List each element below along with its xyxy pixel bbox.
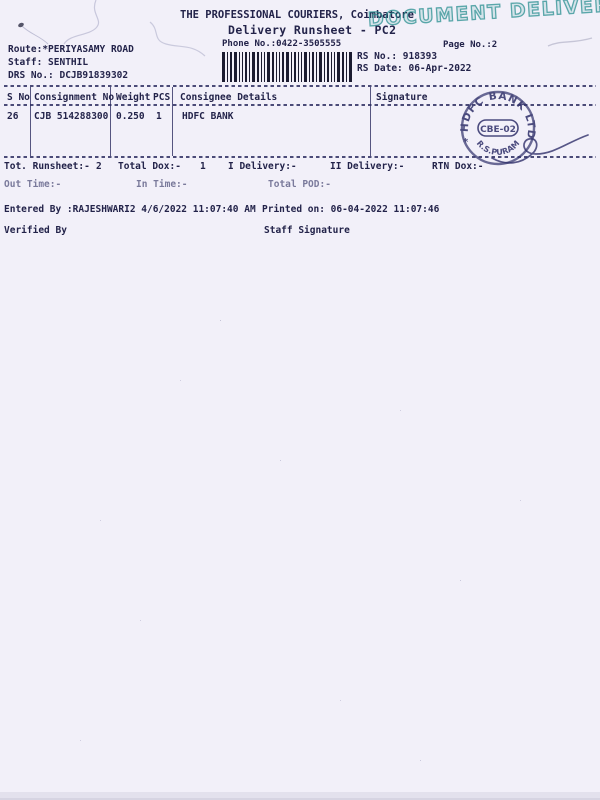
entered-by-line: Entered By :RAJESHWARI2 4/6/2022 11:07:4… [4,205,256,215]
verified-by-label: Verified By [4,226,67,236]
scan-bottom-edge [0,792,600,800]
total-pod-label: Total POD:- [268,180,331,190]
signature-scribble [488,128,592,172]
tot-runsheet-value: 2 [96,162,102,172]
seal-star: * [463,137,469,148]
total-dox-value: 1 [200,162,206,172]
staff-signature-label: Staff Signature [264,226,350,236]
scan-artifacts [0,0,600,120]
ii-delivery-label: II Delivery:- [330,162,404,172]
i-delivery-label: I Delivery:- [228,162,297,172]
total-dox-label: Total Dox:- [118,162,181,172]
out-time-label: Out Time:- [4,180,61,190]
rtn-dox-label: RTN Dox:- [432,162,483,172]
printed-on-line: Printed on: 06-04-2022 11:07:46 [262,205,439,215]
in-time-label: In Time:- [136,180,187,190]
paper-noise [220,320,221,321]
scanned-delivery-runsheet: THE PROFESSIONAL COURIERS, Coimbatore De… [0,0,600,800]
tot-runsheet-label: Tot. Runsheet:- [4,162,90,172]
